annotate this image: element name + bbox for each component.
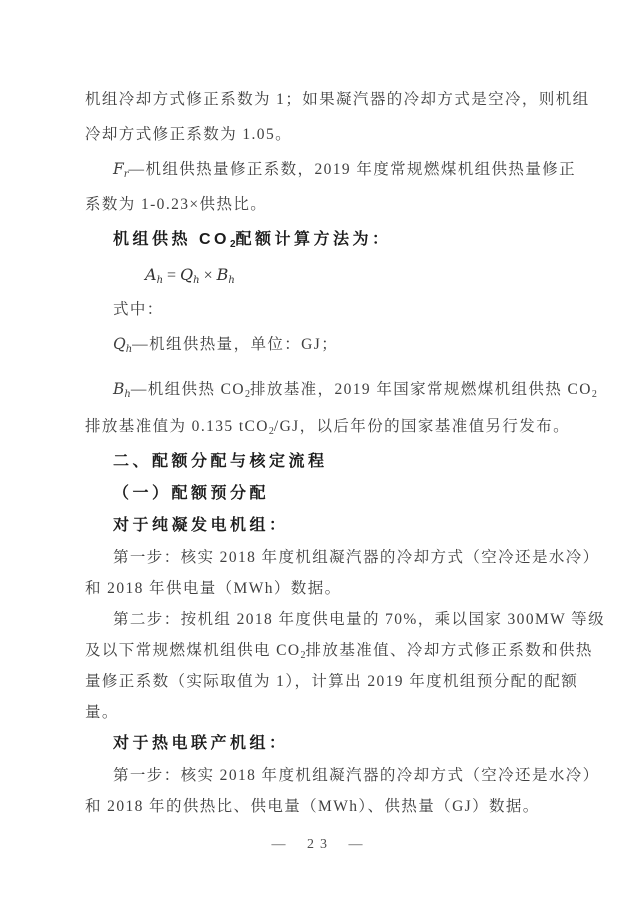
text-segment: 系数为 1-0.23×供热比。: [85, 196, 267, 213]
text-line: Fr—机组供热量修正系数，2019 年度常规燃煤机组供热量修正: [85, 152, 585, 187]
text-segment: —机组供热量修正系数，2019 年度常规燃煤机组供热量修正: [129, 161, 576, 178]
text-line: 和 2018 年供电量（MWh）数据。: [85, 573, 585, 604]
text-segment: 式中：: [113, 301, 164, 318]
text-line: Bh—机组供热 CO2排放基准，2019 年国家常规燃煤机组供热 CO2: [85, 370, 585, 408]
text-segment: 第一步：核实 2018 年度机组凝汽器的冷却方式（空冷还是水冷）: [113, 549, 600, 566]
text-segment: 量修正系数（实际取值为 1），计算出 2019 年度机组预分配的配额: [85, 673, 578, 690]
text-segment: 对于热电联产机组：: [113, 735, 289, 752]
text-segment-sub: 2: [592, 389, 597, 400]
text-segment: —机组供热 CO: [131, 381, 245, 398]
text-segment: 机组供热 CO: [113, 231, 230, 248]
text-segment: 配额计算方法为：: [236, 231, 392, 248]
text-segment: 第一步：核实 2018 年度机组凝汽器的冷却方式（空冷还是水冷）: [113, 767, 600, 784]
text-segment: 和 2018 年供电量（MWh）数据。: [85, 580, 342, 597]
text-segment: 对于纯凝发电机组：: [113, 517, 289, 534]
text-segment-var: Q: [113, 335, 126, 353]
text-segment-varsub: h: [228, 275, 234, 286]
text-segment: 和 2018 年的供热比、供电量（MWh）、供热量（GJ）数据。: [85, 798, 540, 815]
text-segment: 排放基准值为 0.135 tCO: [85, 418, 269, 435]
heading-line: 二、配额分配与核定流程: [85, 446, 585, 478]
text-segment-var: B: [217, 265, 229, 284]
text-segment: 量。: [85, 704, 119, 721]
text-segment: 机组冷却方式修正系数为 1；如果凝汽器的冷却方式是空冷，则机组: [85, 91, 590, 108]
text-line: 排放基准值为 0.135 tCO2/GJ，以后年份的国家基准值另行发布。: [85, 408, 585, 446]
text-line: 冷却方式修正系数为 1.05。: [85, 117, 585, 152]
text-segment: 及以下常规燃煤机组供电 CO: [85, 642, 301, 659]
text-segment: （一）配额预分配: [113, 485, 269, 502]
text-segment-op: =: [163, 267, 180, 284]
text-segment-var: A: [145, 265, 157, 284]
text-line: 系数为 1-0.23×供热比。: [85, 187, 585, 222]
heading-line: （一）配额预分配: [85, 478, 585, 510]
text-line: 机组冷却方式修正系数为 1；如果凝汽器的冷却方式是空冷，则机组: [85, 82, 585, 117]
text-segment: 排放基准，2019 年国家常规燃煤机组供热 CO: [250, 381, 592, 398]
text-line: 量。: [85, 697, 585, 728]
heading-line: 对于热电联产机组：: [85, 728, 585, 760]
document-body: 机组冷却方式修正系数为 1；如果凝汽器的冷却方式是空冷，则机组冷却方式修正系数为…: [85, 82, 585, 822]
page-number: — 23 —: [0, 836, 640, 854]
text-segment: 冷却方式修正系数为 1.05。: [85, 126, 292, 143]
document-page: 机组冷却方式修正系数为 1；如果凝汽器的冷却方式是空冷，则机组冷却方式修正系数为…: [0, 0, 640, 905]
text-segment: —机组供热量，单位：GJ；: [132, 336, 338, 353]
text-line: 第一步：核实 2018 年度机组凝汽器的冷却方式（空冷还是水冷）: [85, 760, 585, 791]
text-segment-var: Q: [180, 265, 193, 284]
text-segment: 二、配额分配与核定流程: [113, 453, 328, 470]
text-segment: /GJ，以后年份的国家基准值另行发布。: [274, 418, 570, 435]
text-line: 式中：: [85, 292, 585, 327]
text-line: 和 2018 年的供热比、供电量（MWh）、供热量（GJ）数据。: [85, 791, 585, 822]
heading-line: 机组供热 CO2配额计算方法为：: [85, 222, 585, 257]
text-line: 及以下常规燃煤机组供电 CO2排放基准值、冷却方式修正系数和供热: [85, 635, 585, 666]
text-segment-var: B: [113, 380, 124, 398]
formula-line: Ah = Qh × Bh: [85, 257, 585, 292]
heading-line: 对于纯凝发电机组：: [85, 510, 585, 542]
text-line: Qh—机组供热量，单位：GJ；: [85, 327, 585, 362]
text-segment: 第二步：按机组 2018 年度供电量的 70%，乘以国家 300MW 等级: [113, 611, 605, 628]
text-segment: 排放基准值、冷却方式修正系数和供热: [306, 642, 593, 659]
text-line: 量修正系数（实际取值为 1），计算出 2019 年度机组预分配的配额: [85, 666, 585, 697]
text-segment-op: ×: [200, 267, 217, 284]
text-line: 第二步：按机组 2018 年度供电量的 70%，乘以国家 300MW 等级: [85, 604, 585, 635]
text-line: 第一步：核实 2018 年度机组凝汽器的冷却方式（空冷还是水冷）: [85, 542, 585, 573]
text-segment-var: F: [113, 160, 124, 178]
